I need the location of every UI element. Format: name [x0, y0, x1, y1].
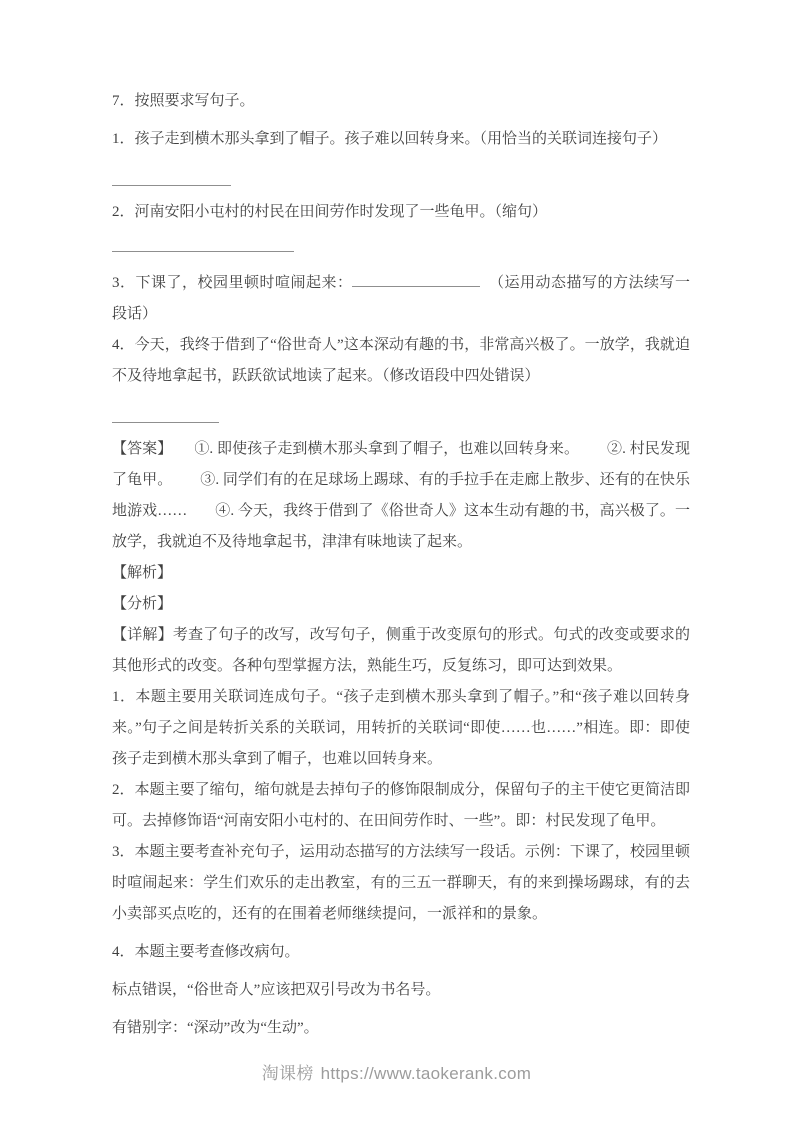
answer-blank-4-row — [112, 399, 690, 434]
analysis-point-3: 3．本题主要考查补充句子，运用动态描写的方法续写一段话。示例：下课了，校园里顿时… — [112, 837, 690, 930]
question-header: 7．按照要求写句子。 — [112, 86, 690, 117]
answer-blank-4 — [112, 399, 219, 423]
answer-item-4: ④. 今天，我终于借到了《俗世奇人》这本生动有趣的书，高兴极了。一放学，我就迫不… — [112, 503, 690, 550]
answer-paragraph: 【答案】①. 即使孩子走到横木那头拿到了帽子，也难以回转身来。②. 村民发现了龟… — [112, 434, 690, 558]
answer-blank-1-row — [112, 162, 690, 197]
document-page: 7．按照要求写句子。 1．孩子走到横木那头拿到了帽子。孩子难以回转身来。（用恰当… — [112, 86, 690, 1044]
question-item-3-before: 3．下课了，校园里顿时喧闹起来： — [112, 275, 352, 291]
analysis-point-4-punctuation: 标点错误，“俗世奇人”应该把双引号改为书名号。 — [112, 975, 690, 1006]
footer-site-name: 淘课榜 — [262, 1064, 314, 1083]
answer-blank-2 — [112, 228, 294, 252]
jiexi-label: 【解析】 — [112, 558, 690, 589]
analysis-point-2: 2．本题主要了缩句，缩句就是去掉句子的修饰限制成分，保留句子的主干使它更简洁即可… — [112, 775, 690, 837]
question-item-4: 4．今天，我终于借到了“俗世奇人”这本深动有趣的书，非常高兴极了。一放学，我就迫… — [112, 330, 690, 392]
question-item-2: 2．河南安阳小屯村的村民在田间劳作时发现了一些龟甲。（缩句） — [112, 197, 690, 228]
answer-item-1: ①. 即使孩子走到横木那头拿到了帽子，也难以回转身来。 — [194, 441, 579, 457]
answer-blank-1 — [112, 162, 231, 186]
footer-url: https://www.taokerank.com — [321, 1064, 532, 1083]
answer-blank-2-row — [112, 228, 690, 263]
footer-watermark: 淘课榜https://www.taokerank.com — [0, 1059, 793, 1084]
question-item-3: 3．下课了，校园里顿时喧闹起来：（运用动态描写的方法续写一段话） — [112, 263, 690, 330]
fenxi-label: 【分析】 — [112, 589, 690, 620]
analysis-point-4: 4．本题主要考查修改病句。 — [112, 937, 690, 968]
analysis-point-4-typo: 有错别字：“深动”改为“生动”。 — [112, 1013, 690, 1044]
xiangjie-paragraph: 【详解】考查了句子的改写，改写句子，侧重于改变原句的形式。句式的改变或要求的其他… — [112, 620, 690, 682]
answer-label: 【答案】 — [112, 441, 172, 457]
analysis-point-1: 1．本题主要用关联词连成句子。“孩子走到横木那头拿到了帽子。”和“孩子难以回转身… — [112, 682, 690, 775]
answer-blank-inline — [352, 263, 480, 287]
question-item-1: 1．孩子走到横木那头拿到了帽子。孩子难以回转身来。（用恰当的关联词连接句子） — [112, 124, 690, 155]
